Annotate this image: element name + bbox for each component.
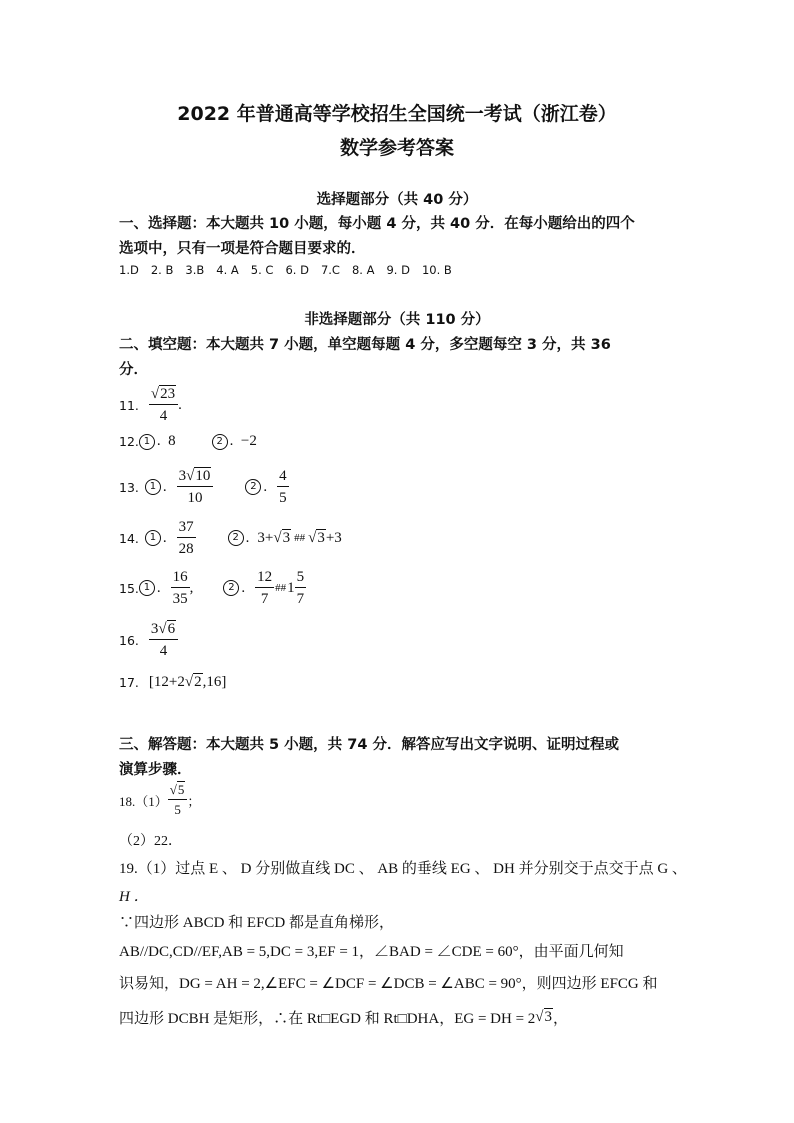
fraction: √5 5 (168, 782, 188, 818)
answer-q17: 17. [12+2√2,16] (119, 674, 226, 691)
fraction: 5 7 (295, 568, 307, 608)
answer-q14: 14. 1. 37 28 2. 3+√3 ## √3+3 (119, 518, 342, 558)
answer-q13: 13. 1. 3√10 10 2. 4 5 (119, 467, 289, 507)
fraction: 12 7 (255, 568, 274, 608)
answer-q19-line3: ∵四边形 ABCD 和 EFCD 都是直角梯形， (119, 911, 394, 932)
fraction: 4 5 (277, 467, 289, 507)
part1-instructions-line1: 一、选择题：本大题共 10 小题，每小题 4 分，共 40 分．在每小题给出的四… (119, 212, 635, 233)
answer-key-page: 2022 年普通高等学校招生全国统一考试（浙江卷） 数学参考答案 选择题部分（共… (0, 0, 794, 1123)
mc-answer: 8. A (352, 263, 375, 277)
fraction: 16 35 (171, 568, 190, 608)
circled-number-1: 1 (139, 434, 155, 450)
answer-q11: 11. √23 4 . (119, 385, 182, 425)
document-subtitle: 数学参考答案 (0, 133, 794, 160)
circled-number-2: 2 (228, 530, 244, 546)
answer-q19-line5: 识易知，DG = AH = 2,∠EFC = ∠DCF = ∠DCB = ∠AB… (119, 972, 658, 993)
fraction: 3√6 4 (149, 620, 178, 660)
mc-answer: 1.D (119, 263, 139, 277)
fraction: 37 28 (177, 518, 196, 558)
mc-answer: 7.C (321, 263, 340, 277)
fraction: √23 4 (149, 385, 178, 425)
mc-answer: 10. B (422, 263, 452, 277)
mc-answer: 9. D (386, 263, 410, 277)
part3-instructions-line2: 演算步骤． (119, 758, 192, 779)
circled-number-1: 1 (145, 479, 161, 495)
part1-heading: 选择题部分（共 40 分） (0, 188, 794, 209)
answer-q18-part1: 18.（1） √5 5 ； (119, 782, 200, 818)
mc-answers: 1.D 2. B 3.B 4. A 5. C 6. D 7.C 8. A 9. … (119, 263, 452, 277)
answer-q12: 12. 1. 8 2. −2 (119, 433, 257, 450)
part1-instructions-line2: 选项中，只有一项是符合题目要求的． (119, 237, 366, 258)
answer-q18-part2: （2）22． (119, 830, 182, 850)
mc-answer: 4. A (216, 263, 239, 277)
answer-q19-line6: 四边形 DCBH 是矩形，∴在 Rt□EGD 和 Rt□DHA，EG = DH … (119, 1007, 568, 1028)
circled-number-1: 1 (139, 580, 155, 596)
circled-number-2: 2 (212, 434, 228, 450)
part3-instructions-line1: 三、解答题：本大题共 5 小题，共 74 分．解答应写出文字说明、证明过程或 (119, 733, 619, 754)
answer-q16: 16. 3√6 4 (119, 620, 178, 660)
mc-answer: 5. C (251, 263, 274, 277)
mc-answer: 2. B (151, 263, 174, 277)
circled-number-2: 2 (223, 580, 239, 596)
fraction: 3√10 10 (177, 467, 214, 507)
document-title: 2022 年普通高等学校招生全国统一考试（浙江卷） (0, 99, 794, 126)
answer-q19-line1: 19.（1）过点 E 、 D 分别做直线 DC 、 AB 的垂线 EG 、 DH… (119, 857, 687, 878)
answer-q19-line4: AB//DC,CD//EF,AB = 5,DC = 3,EF = 1，∠BAD … (119, 940, 624, 961)
answer-q19-line2: H ． (119, 885, 149, 906)
mc-answer: 3.B (185, 263, 204, 277)
mc-answer: 6. D (285, 263, 309, 277)
circled-number-1: 1 (145, 530, 161, 546)
part2-heading: 非选择题部分（共 110 分） (0, 308, 794, 329)
part2-instructions-line2: 分． (119, 358, 148, 379)
part2-instructions-line1: 二、填空题：本大题共 7 小题，单空题每题 4 分，多空题每空 3 分，共 36 (119, 333, 611, 354)
answer-q15: 15. 1. 16 35 , 2. 12 7 ## 1 5 7 (119, 568, 306, 608)
circled-number-2: 2 (245, 479, 261, 495)
